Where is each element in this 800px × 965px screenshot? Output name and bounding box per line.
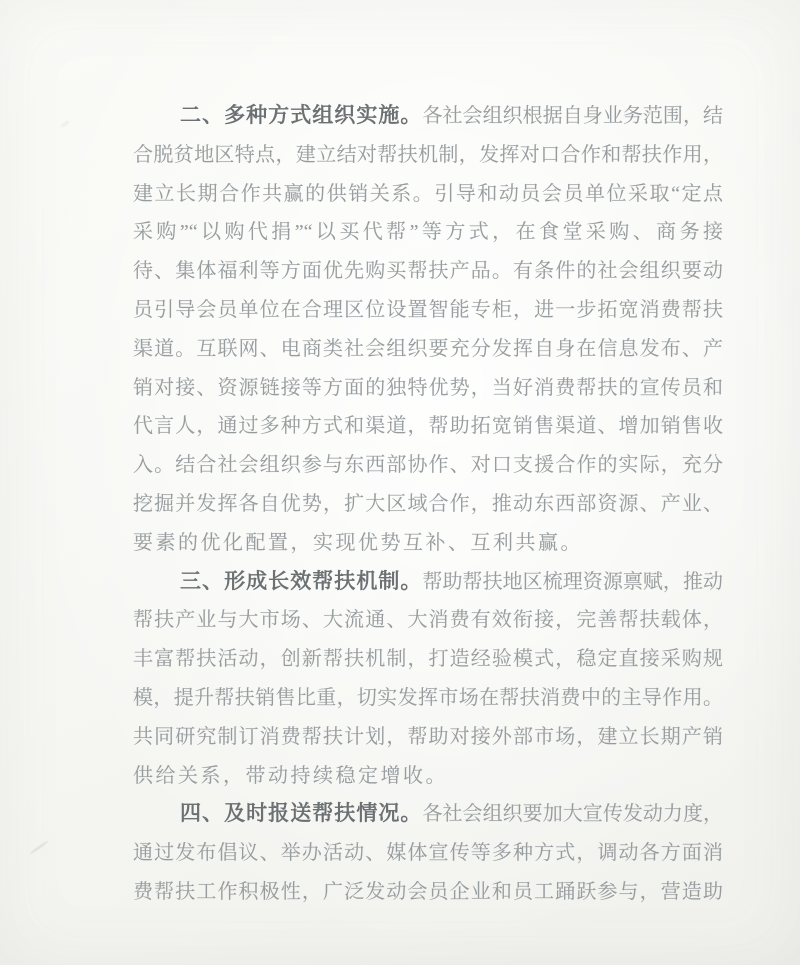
text-line: 待、集体福利等方面优先购买帮扶产品。有条件的社会组织要动 bbox=[133, 252, 723, 291]
text-line: 通过发布倡议、举办活动、媒体宣传等多种方式，调动各方面消 bbox=[133, 834, 723, 873]
text-line: 代言人，通过多种方式和渠道，帮助拓宽销售渠道、增加销售收 bbox=[133, 407, 723, 446]
text-block: 二、多种方式组织实施。各社会组织根据自身业务范围，结合脱贫地区特点，建立结对帮扶… bbox=[133, 97, 723, 912]
paragraph: 四、及时报送帮扶情况。各社会组织要加大宣传发动力度，通过发布倡议、举办活动、媒体… bbox=[133, 795, 723, 911]
text-line: 入。结合社会组织参与东西部协作、对口支援合作的实际，充分 bbox=[133, 446, 723, 485]
text-line: 渠道。互联网、电商类社会组织要充分发挥自身在信息发布、产 bbox=[133, 330, 723, 369]
text-line: 三、形成长效帮扶机制。帮助帮扶地区梳理资源禀赋，推动 bbox=[133, 563, 723, 602]
text-line: 模，提升帮扶销售比重，切实发挥市场在帮扶消费中的主导作用。 bbox=[133, 679, 723, 718]
line-text: 帮助帮扶地区梳理资源禀赋，推动 bbox=[422, 571, 723, 593]
section-heading: 三、形成长效帮扶机制。 bbox=[180, 570, 422, 593]
text-line: 帮扶产业与大市场、大流通、大消费有效衔接，完善帮扶载体， bbox=[133, 601, 723, 640]
document-page: 二、多种方式组织实施。各社会组织根据自身业务范围，结合脱贫地区特点，建立结对帮扶… bbox=[0, 0, 800, 965]
text-line: 建立长期合作共赢的供销关系。引导和动员会员单位采取“定点 bbox=[133, 175, 723, 214]
section-heading: 四、及时报送帮扶情况。 bbox=[180, 802, 422, 825]
paragraph: 三、形成长效帮扶机制。帮助帮扶地区梳理资源禀赋，推动帮扶产业与大市场、大流通、大… bbox=[133, 563, 723, 796]
text-line: 四、及时报送帮扶情况。各社会组织要加大宣传发动力度， bbox=[133, 795, 723, 834]
text-line: 员引导会员单位在合理区位设置智能专柜，进一步拓宽消费帮扶 bbox=[133, 291, 723, 330]
line-text: 各社会组织根据自身业务范围，结 bbox=[422, 105, 723, 127]
text-line: 挖掘并发挥各自优势，扩大区域合作，推动东西部资源、产业、 bbox=[133, 485, 723, 524]
text-line: 费帮扶工作积极性，广泛发动会员企业和员工踊跃参与，营造助 bbox=[133, 873, 723, 912]
section-heading: 二、多种方式组织实施。 bbox=[180, 104, 422, 127]
line-text: 各社会组织要加大宣传发动力度， bbox=[422, 803, 723, 825]
text-line: 供给关系，带动持续稳定增收。 bbox=[133, 757, 723, 796]
text-line: 二、多种方式组织实施。各社会组织根据自身业务范围，结 bbox=[133, 97, 723, 136]
scan-smudge bbox=[29, 840, 49, 855]
text-line: 丰富帮扶活动，创新帮扶机制，打造经验模式，稳定直接采购规 bbox=[133, 640, 723, 679]
text-line: 要素的优化配置，实现优势互补、互利共赢。 bbox=[133, 524, 723, 563]
text-line: 共同研究制订消费帮扶计划，帮助对接外部市场，建立长期产销 bbox=[133, 718, 723, 757]
text-line: 合脱贫地区特点，建立结对帮扶机制，发挥对口合作和帮扶作用， bbox=[133, 136, 723, 175]
text-line: 销对接、资源链接等方面的独特优势，当好消费帮扶的宣传员和 bbox=[133, 369, 723, 408]
paragraph: 二、多种方式组织实施。各社会组织根据自身业务范围，结合脱贫地区特点，建立结对帮扶… bbox=[133, 97, 723, 563]
text-line: 采购”“以购代捐”“以买代帮”等方式，在食堂采购、商务接 bbox=[133, 213, 723, 252]
scan-smudge bbox=[60, 119, 70, 128]
